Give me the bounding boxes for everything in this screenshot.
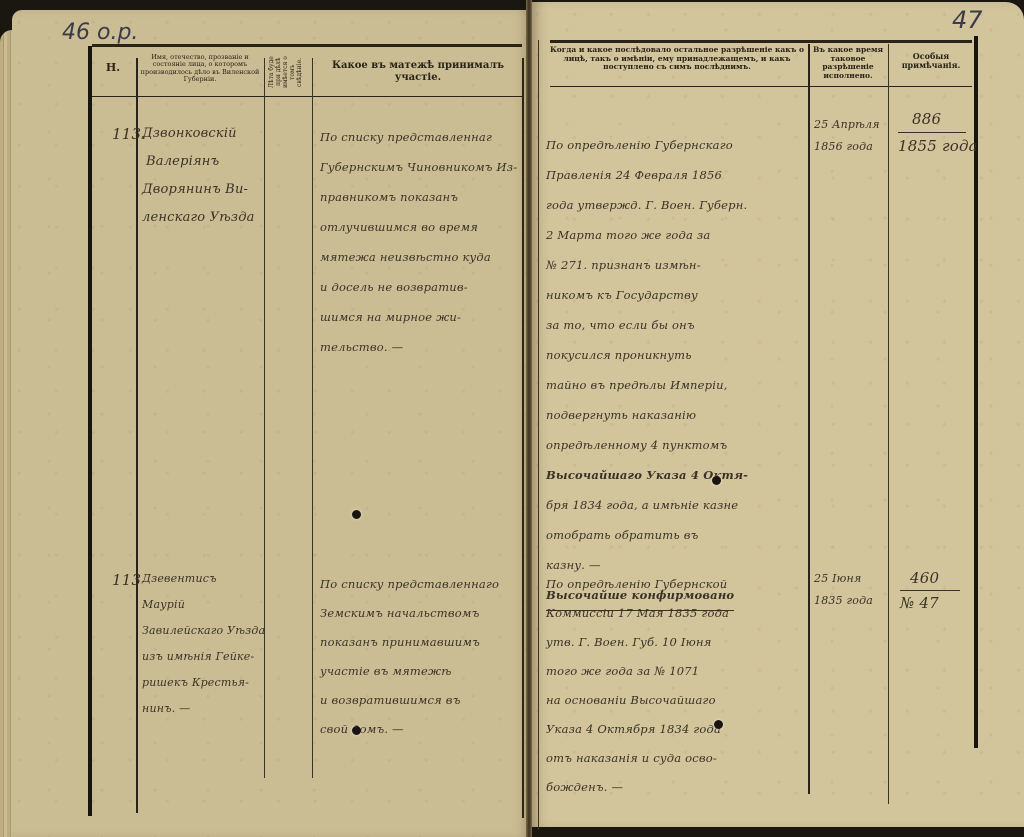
page-number: 47 xyxy=(952,6,983,34)
entry-2-executed: 25 Іюня 1835 года xyxy=(814,568,873,612)
header-bottom-rule-right xyxy=(550,86,972,87)
binding-hole xyxy=(352,726,361,735)
book-gutter xyxy=(526,0,532,837)
header-number: Н. xyxy=(92,62,134,75)
header-name: Имя, отечество, прозваніе и состояніе ли… xyxy=(138,54,262,84)
header-vertical-note: Лѣта буде при дѣлѣ имѣется о томъ свѣдѣн… xyxy=(268,50,308,94)
entry-1-notes: 886 1855 года xyxy=(898,106,978,159)
col-divider xyxy=(136,58,138,813)
table-top-rule xyxy=(92,44,522,47)
col-divider-right xyxy=(888,44,889,804)
entry-2-participation: По списку представленнаго Земскимъ начал… xyxy=(320,570,499,744)
entry-2-resolution: По опредѣленію Губернской Коммиссіи 17 М… xyxy=(546,570,729,802)
entry-2-number: 113 xyxy=(112,566,141,594)
entry-1-participation: По списку представленнаг Губернскимъ Чин… xyxy=(320,122,517,362)
col-divider-right xyxy=(808,44,810,794)
header-resolution: Когда и какое послѣдовало остальное разр… xyxy=(548,46,806,72)
entry-1-resolution: По опредѣленію Губернскаго Правленія 24 … xyxy=(546,130,748,611)
header-bottom-rule xyxy=(92,96,522,97)
header-executed: Въ какое время таковое разрѣшеніе исполн… xyxy=(810,46,886,81)
binding-hole xyxy=(714,720,723,729)
archive-mark: 46 о.р. xyxy=(62,20,138,45)
binding-hole xyxy=(352,510,361,519)
col-divider xyxy=(312,58,313,778)
header-participation: Какое въ матежѣ принималъ участіе. xyxy=(316,60,520,83)
entry-2-name: Дзевентисъ Маурій Завилейскаго Уѣзда изъ… xyxy=(142,566,265,722)
left-border-rule xyxy=(88,46,92,816)
book-spread: 46 о.р. 47 Н. Имя, отечество, прозваніе … xyxy=(0,0,1024,837)
table-top-rule-right xyxy=(550,40,972,43)
right-left-border xyxy=(538,40,539,830)
header-notes: Особыя примѣчанія. xyxy=(890,52,972,70)
entry-1-name: Дзвонковскій Валеріянъ Дворянинъ Ви- лен… xyxy=(142,120,255,232)
entry-1-executed: 25 Апрѣля 1856 года xyxy=(814,114,880,158)
entry-2-notes: 460 № 47 xyxy=(900,566,960,615)
binding-hole xyxy=(712,476,721,485)
col-divider xyxy=(522,58,524,818)
